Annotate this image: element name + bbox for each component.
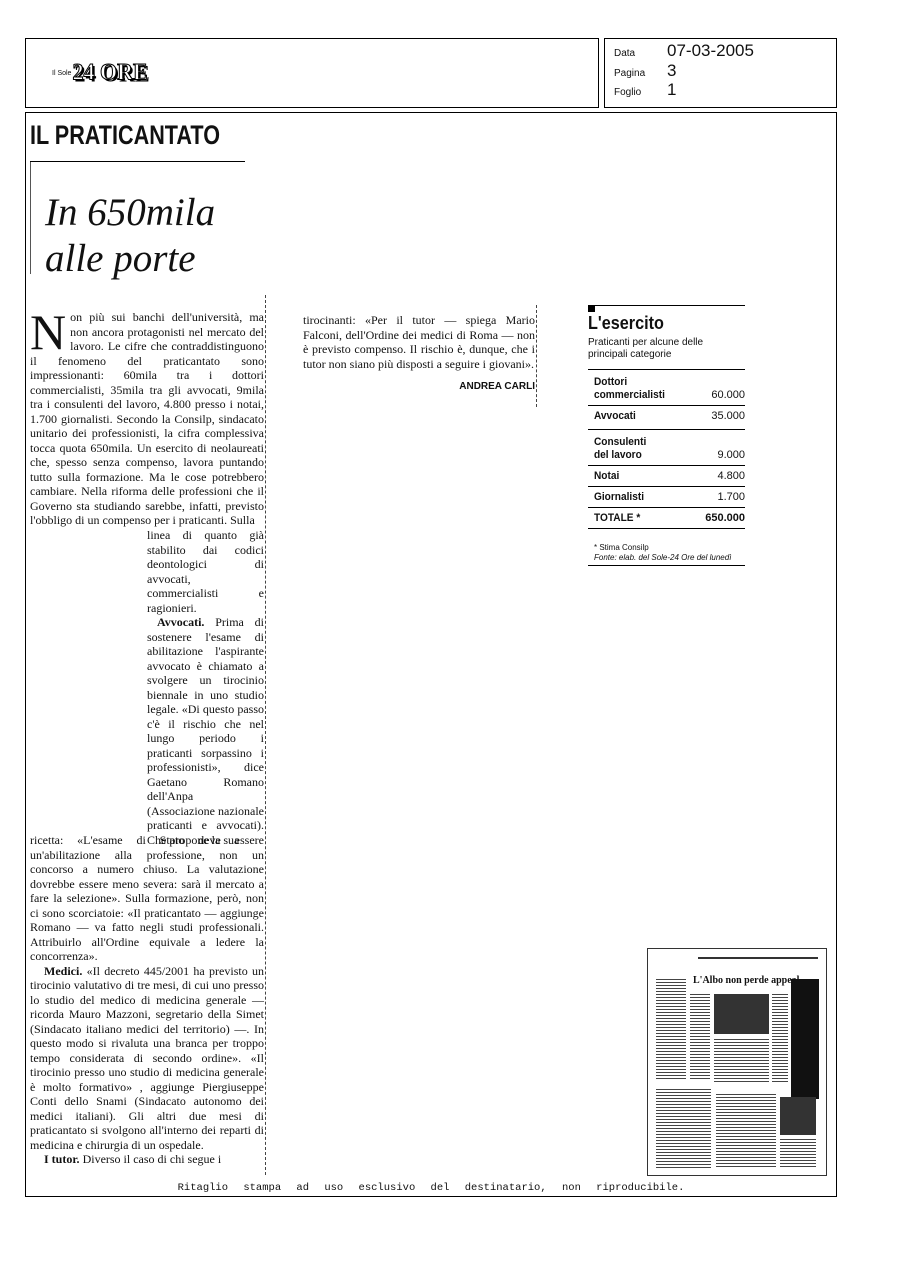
row-label: Consulenti del lavoro	[594, 436, 658, 462]
ricetta-paragraph: ricetta: «L'esame di Stato deve essere u…	[30, 833, 264, 964]
newspaper-logo: Il Sole 24 ORE	[52, 59, 148, 85]
thumb-dark-box	[791, 979, 819, 1099]
thumb-photo	[714, 994, 769, 1034]
headline-bar	[30, 162, 31, 274]
infobox-row: Consulenti del lavoro 9.000	[588, 429, 745, 465]
thumb-text-block	[656, 1089, 711, 1169]
avvocati-text: Prima di sostenere l'esame di abilitazio…	[147, 615, 264, 847]
row-value: 60.000	[711, 389, 745, 402]
row-label: Dottori commercialisti	[594, 376, 677, 402]
meta-sheet-value: 1	[667, 80, 676, 100]
headline-line-2: alle porte	[45, 236, 215, 282]
row-value: 4.800	[717, 470, 745, 483]
tutor-quote: tirocinanti: «Per il tutor — spiega Mari…	[303, 313, 535, 371]
medici-paragraph: Medici. «Il decreto 445/2001 ha previsto…	[30, 964, 264, 1153]
column-divider-1	[265, 295, 266, 1175]
row-label: Giornalisti	[594, 491, 644, 504]
headline-line-1: In 650mila	[45, 190, 215, 236]
header-logo-box: Il Sole 24 ORE	[25, 38, 599, 108]
stats-infobox: L'esercito Praticanti per alcune delle p…	[588, 305, 745, 566]
meta-date-value: 07-03-2005	[667, 41, 754, 61]
drop-cap: N	[30, 312, 66, 352]
row-value: 1.700	[717, 491, 745, 504]
meta-page: Pagina 3	[614, 61, 676, 81]
tutor-lead: I tutor.	[44, 1152, 80, 1166]
infobox-notes: * Stima Consilp Fonte: elab. del Sole-24…	[588, 543, 745, 566]
medici-lead: Medici.	[44, 964, 82, 978]
thumb-headline: L'Albo non perde appeal	[693, 975, 799, 986]
row-label: Avvocati	[594, 410, 636, 423]
article-column-1: N on più sui banchi dell'università, ma …	[30, 310, 264, 528]
infobox-total-row: TOTALE * 650.000	[588, 507, 745, 529]
thumb-text-block	[690, 994, 710, 1079]
row-value: 9.000	[717, 449, 745, 462]
logo-big-text: 24 ORE	[72, 58, 147, 85]
infobox-row: Giornalisti 1.700	[588, 486, 745, 507]
article-column-1-narrow: linea di quanto già stabilito dai codici…	[147, 528, 264, 847]
footer-disclaimer: Ritaglio stampa ad uso esclusivo del des…	[25, 1182, 837, 1197]
infobox-footnote: * Stima Consilp	[594, 543, 745, 553]
author-byline: ANDREA CARLI	[420, 381, 535, 392]
infobox-row: Avvocati 35.000	[588, 405, 745, 426]
meta-sheet-label: Foglio	[614, 87, 667, 98]
page-thumbnail: L'Albo non perde appeal	[647, 948, 827, 1176]
title-divider	[30, 161, 245, 162]
medici-text: «Il decreto 445/2001 ha previsto un tiro…	[30, 964, 264, 1152]
column-divider-2	[536, 305, 537, 407]
meta-page-value: 3	[667, 61, 676, 81]
thumb-table	[714, 1039, 769, 1084]
article-narrow-text: linea di quanto già stabilito dai codici…	[147, 528, 264, 615]
meta-sheet: Foglio 1	[614, 80, 676, 100]
thumb-text-block	[656, 979, 686, 1079]
thumb-header-rule	[698, 957, 818, 959]
meta-date-label: Data	[614, 48, 667, 59]
infobox-top-rule	[588, 305, 745, 306]
tutor-paragraph: I tutor. Diverso il caso di chi segue i	[30, 1152, 264, 1167]
meta-page-label: Pagina	[614, 68, 667, 79]
logo-small-text: Il Sole	[52, 70, 71, 77]
thumb-text-block	[780, 1139, 816, 1169]
infobox-subtitle: Praticanti per alcune delle principali c…	[588, 337, 745, 361]
row-label: Notai	[594, 470, 619, 483]
infobox-marker	[588, 305, 595, 312]
infobox-source: Fonte: elab. del Sole-24 Ore del lunedì	[594, 553, 745, 563]
avvocati-paragraph: Avvocati. Prima di sostenere l'esame di …	[147, 615, 264, 847]
meta-date: Data 07-03-2005	[614, 41, 754, 61]
thumb-portrait	[780, 1097, 816, 1135]
header-meta-box: Data 07-03-2005 Pagina 3 Foglio 1	[604, 38, 837, 108]
thumb-text-block	[716, 1094, 776, 1169]
article-column-2: tirocinanti: «Per il tutor — spiega Mari…	[303, 313, 535, 371]
row-value: 35.000	[711, 410, 745, 423]
section-title: IL PRATICANTATO	[30, 120, 220, 151]
total-label: TOTALE *	[594, 512, 640, 525]
total-value: 650.000	[705, 512, 745, 525]
avvocati-lead: Avvocati.	[157, 615, 204, 629]
tutor-text: Diverso il caso di chi segue i	[80, 1152, 222, 1166]
article-column-1-bottom: ricetta: «L'esame di Stato deve essere u…	[30, 833, 264, 1167]
thumb-text-block	[772, 994, 788, 1084]
headline: In 650mila alle porte	[45, 190, 215, 282]
infobox-row: Notai 4.800	[588, 465, 745, 486]
infobox-row: Dottori commercialisti 60.000	[588, 369, 745, 405]
infobox-title: L'esercito	[588, 313, 729, 334]
